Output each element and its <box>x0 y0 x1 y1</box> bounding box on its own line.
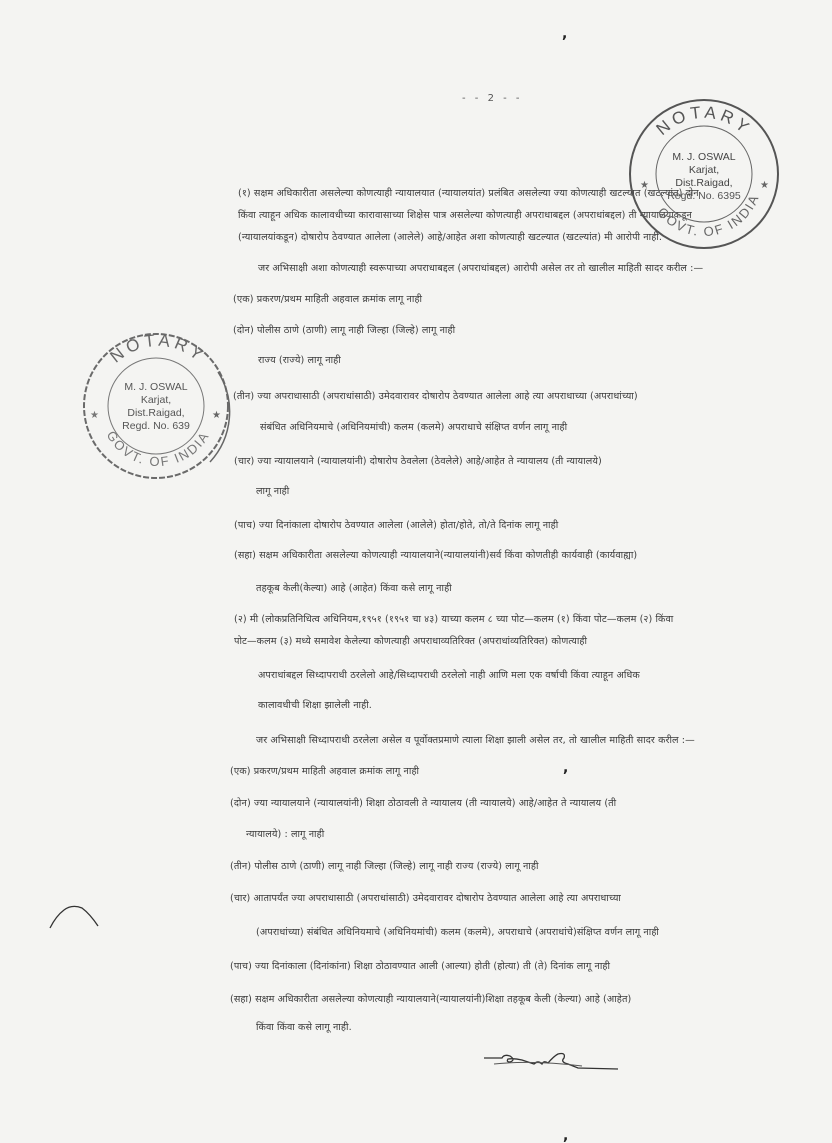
text-line: (तीन) ज्या अपराधासाठी (अपराधांसाठी) उमेद… <box>233 389 638 402</box>
svg-text:Dist.Raigad,: Dist.Raigad, <box>675 177 732 189</box>
text-line: (सहा) सक्षम अधिकारीता असलेल्या कोणत्याही… <box>234 548 637 561</box>
text-line: (पाच) ज्या दिनांकाला (दिनांकांना) शिक्षा… <box>230 959 610 972</box>
text-line: (सहा) सक्षम अधिकारीता असलेल्या कोणत्याही… <box>230 992 631 1005</box>
text-line: कालावधीची शिक्षा झालेली नाही. <box>258 698 372 711</box>
svg-text:★: ★ <box>640 180 649 191</box>
text-line: न्यायालये) : लागू नाही <box>246 827 324 840</box>
text-line: तहकूब केली(केल्या) आहे (आहेत) किंवा कसे … <box>256 581 452 594</box>
notary-stamp: NOTARY GOVT. OF INDIA ★ ★ M. J. OSWAL Ka… <box>80 322 236 496</box>
text-line: (एक) प्रकरण/प्रथम माहिती अहवाल क्रमांक ल… <box>230 764 419 777</box>
svg-text:NOTARY: NOTARY <box>107 331 210 367</box>
text-line: अपराधांबद्दल सिध्दापराधी ठरलेलो आहे/सिध्… <box>258 668 640 681</box>
text-line: (तीन) पोलीस ठाणे (ठाणी) लागू नाही जिल्हा… <box>230 859 539 872</box>
svg-text:Karjat,: Karjat, <box>689 164 719 176</box>
text-line: (२) मी (लोकप्रतिनिधित्व अधिनियम,१९५१ (१९… <box>234 612 673 625</box>
notary-stamp: NOTARY GOVT. OF INDIA ★ ★ M. J. OSWAL Ka… <box>626 96 782 256</box>
text-line: (पाच) ज्या दिनांकाला दोषारोप ठेवण्यात आल… <box>234 518 558 531</box>
page-number: - - 2 - - <box>462 93 523 104</box>
svg-text:Regd. No. 6395: Regd. No. 6395 <box>667 190 741 202</box>
svg-text:Regd. No. 639: Regd. No. 639 <box>122 420 190 432</box>
svg-text:NOTARY: NOTARY <box>653 103 756 139</box>
text-line: (एक) प्रकरण/प्रथम माहिती अहवाल क्रमांक ल… <box>233 292 422 305</box>
svg-text:GOVT. OF INDIA: GOVT. OF INDIA <box>104 428 213 469</box>
text-line: (चार) ज्या न्यायालयाने (न्यायालयांनी) दो… <box>234 454 602 467</box>
svg-text:Dist.Raigad,: Dist.Raigad, <box>127 407 184 419</box>
svg-text:M. J. OSWAL: M. J. OSWAL <box>672 151 735 163</box>
document-page: , , , - - 2 - - (१) सक्षम अधिकारीता असले… <box>0 0 832 1143</box>
text-line: लागू नाही <box>256 484 289 497</box>
text-line: जर अभिसाक्षी सिध्दापराधी ठरलेला असेल व प… <box>256 733 695 746</box>
text-line: (न्यायालयांकडून) दोषारोप ठेवण्यात आलेला … <box>238 230 662 243</box>
svg-text:★: ★ <box>760 180 769 191</box>
text-line: (दोन) पोलीस ठाणे (ठाणी) लागू नाही जिल्हा… <box>233 323 455 336</box>
text-line: पोट—कलम (३) मध्ये समावेश केलेल्या कोणत्य… <box>234 634 587 647</box>
pen-mark <box>48 900 108 944</box>
text-line: (दोन) ज्या न्यायालयाने (न्यायालयांनी) शि… <box>230 796 616 809</box>
scan-speck: , <box>563 760 568 776</box>
text-line: (चार) आतापर्यंत ज्या अपराधासाठी (अपराधां… <box>230 891 621 904</box>
text-line: संबंधित अधिनियमाचे (अधिनियमांची) कलम (कल… <box>260 420 567 433</box>
svg-text:★: ★ <box>90 410 99 421</box>
text-line: किंवा त्याहून अधिक कालावधीच्या कारावासाच… <box>238 208 692 221</box>
scan-speck: , <box>563 1128 568 1143</box>
signature <box>482 1050 622 1084</box>
text-line: राज्य (राज्ये) लागू नाही <box>258 353 341 366</box>
text-line: (अपराधांच्या) संबंधित अधिनियमाचे (अधिनिय… <box>256 925 659 938</box>
svg-text:★: ★ <box>212 410 221 421</box>
text-line: किंवा किंवा कसे लागू नाही. <box>256 1020 352 1033</box>
text-line: जर अभिसाक्षी अशा कोणत्याही स्वरूपाच्या अ… <box>258 261 703 274</box>
svg-text:M. J. OSWAL: M. J. OSWAL <box>124 381 187 393</box>
svg-text:Karjat,: Karjat, <box>141 394 171 406</box>
scan-speck: , <box>562 26 567 42</box>
